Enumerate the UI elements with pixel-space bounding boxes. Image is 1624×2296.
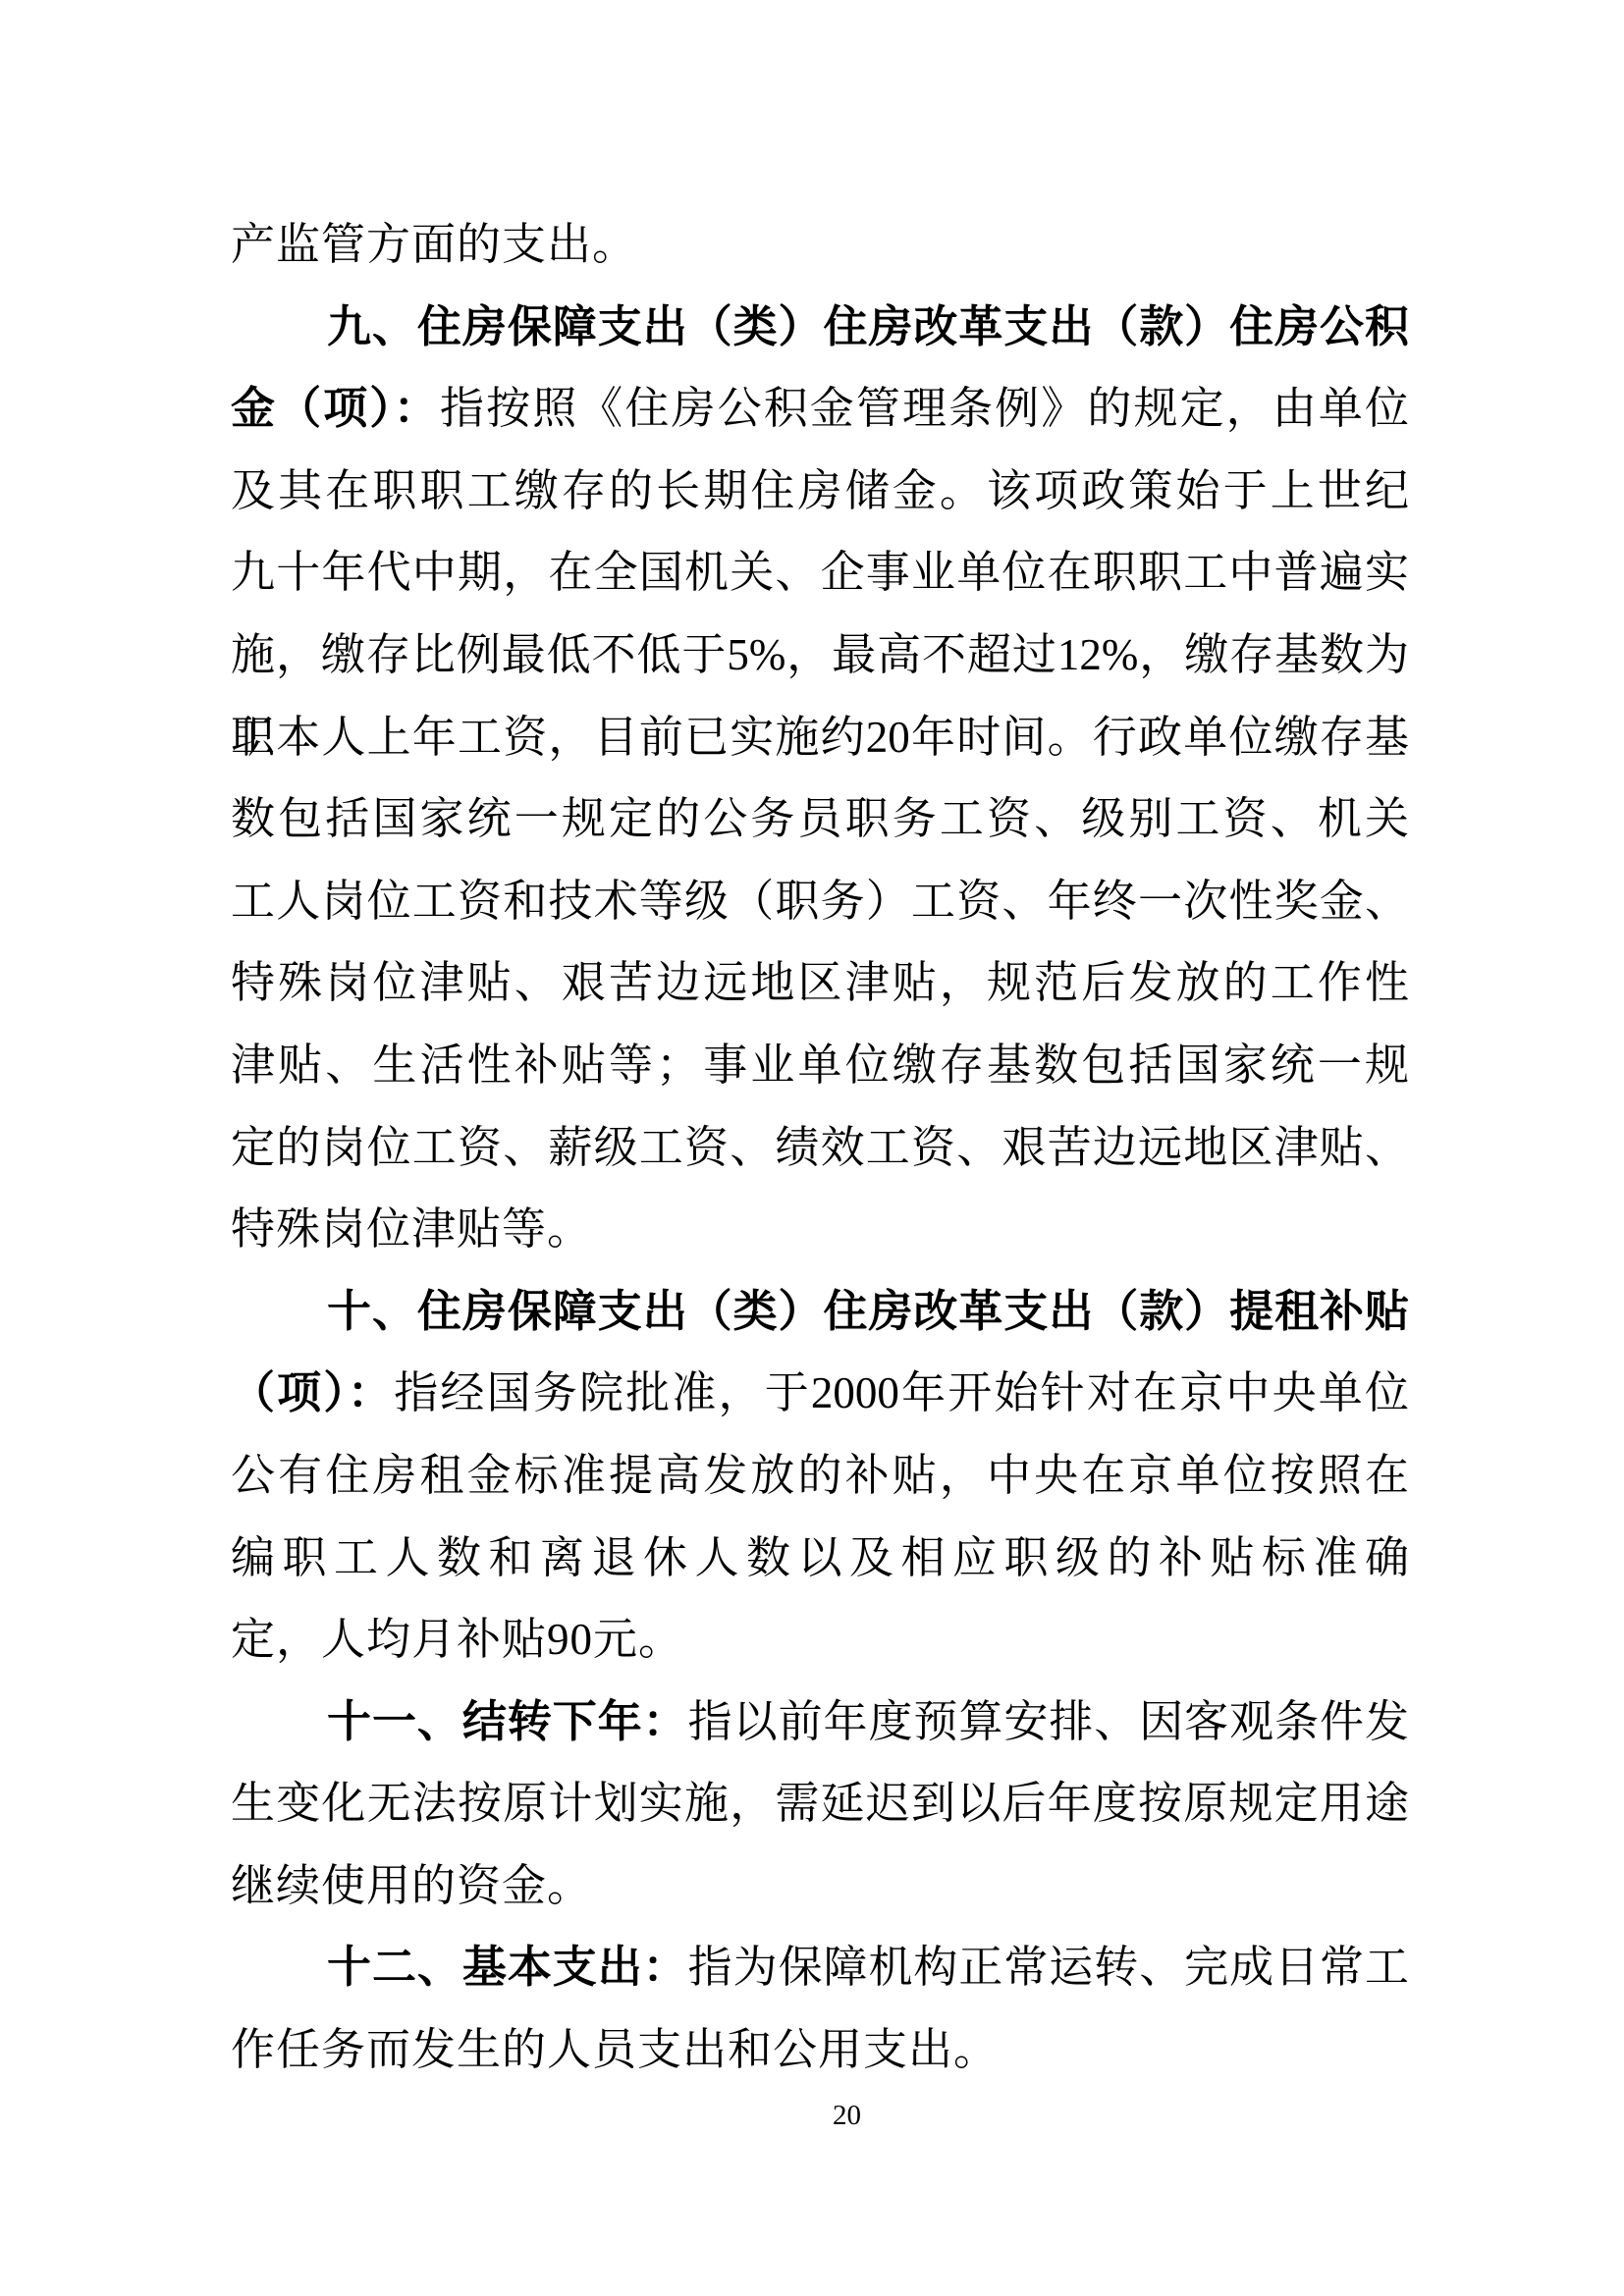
text-line: 特殊岗位津贴、艰苦边远地区津贴，规范后发放的工作性 xyxy=(231,942,1409,1025)
text-line: 施，缴存比例最低不低于5%，最高不超过12%，缴存基数为职 xyxy=(231,614,1409,697)
text-line: 金（项）：指按照《住房公积金管理条例》的规定，由单位 xyxy=(231,368,1409,451)
heading-run: 十二、基本支出： xyxy=(327,1943,688,1992)
body-run: 指按照《住房公积金管理条例》的规定，由单位 xyxy=(440,384,1409,433)
body-run: 指经国务院批准，于2000年开始针对在京中央单位 xyxy=(394,1368,1409,1417)
text-line: 产监管方面的支出。 xyxy=(231,204,1409,287)
body-run: 公有住房租金标准提高发放的补贴，中央在京单位按照在 xyxy=(231,1451,1409,1500)
body-run: 作任务而发生的人员支出和公用支出。 xyxy=(231,2025,999,2074)
text-line: 作任务而发生的人员支出和公用支出。 xyxy=(231,2009,1409,2092)
text-line: 特殊岗位津贴等。 xyxy=(231,1189,1409,1271)
text-line: 生变化无法按原计划实施，需延迟到以后年度按原规定用途 xyxy=(231,1763,1409,1845)
text-line: 及其在职职工缴存的长期住房储金。该项政策始于上世纪 xyxy=(231,451,1409,533)
text-line: 工本人上年工资，目前已实施约20年时间。行政单位缴存基 xyxy=(231,697,1409,779)
body-run: 定，人均月补贴90元。 xyxy=(231,1615,683,1664)
section-heading: 十一、结转下年：指以前年度预算安排、因客观条件发 xyxy=(231,1682,1409,1764)
body-run: 数包括国家统一规定的公务员职务工资、级别工资、机关 xyxy=(231,794,1409,843)
body-run: 工人岗位工资和技术等级（职务）工资、年终一次性奖金、 xyxy=(231,877,1409,926)
body-run: 特殊岗位津贴、艰苦边远地区津贴，规范后发放的工作性 xyxy=(231,958,1409,1007)
page-number: 20 xyxy=(833,2099,861,2132)
body-run: 及其在职职工缴存的长期住房储金。该项政策始于上世纪 xyxy=(231,466,1409,515)
text-line: 公有住房租金标准提高发放的补贴，中央在京单位按照在 xyxy=(231,1435,1409,1518)
text-line: 工人岗位工资和技术等级（职务）工资、年终一次性奖金、 xyxy=(231,861,1409,943)
body-run: 生变化无法按原计划实施，需延迟到以后年度按原规定用途 xyxy=(231,1779,1409,1828)
text-line: 津贴、生活性补贴等；事业单位缴存基数包括国家统一规 xyxy=(231,1025,1409,1107)
body-run: 产监管方面的支出。 xyxy=(231,220,637,269)
body-run: 编职工人数和离退休人数以及相应职级的补贴标准确 xyxy=(231,1533,1409,1582)
heading-run: 金（项）： xyxy=(231,384,440,433)
heading-run: 十、住房保障支出（类）住房改革支出（款）提租补贴 xyxy=(327,1287,1409,1336)
text-line: 定的岗位工资、薪级工资、绩效工资、艰苦边远地区津贴、 xyxy=(231,1107,1409,1190)
text-line: 定，人均月补贴90元。 xyxy=(231,1599,1409,1682)
heading-run: （项）： xyxy=(231,1368,394,1417)
body-run: 特殊岗位津贴等。 xyxy=(231,1204,592,1254)
section-heading: 十、住房保障支出（类）住房改革支出（款）提租补贴 xyxy=(231,1271,1409,1354)
heading-run: 九、住房保障支出（类）住房改革支出（款）住房公积 xyxy=(327,302,1409,351)
text-column: 产监管方面的支出。 九、住房保障支出（类）住房改革支出（款）住房公积 金（项）：… xyxy=(231,204,1409,2092)
section-heading: 十二、基本支出：指为保障机构正常运转、完成日常工 xyxy=(231,1927,1409,2009)
document-page: 产监管方面的支出。 九、住房保障支出（类）住房改革支出（款）住房公积 金（项）：… xyxy=(0,0,1624,2296)
body-run: 定的岗位工资、薪级工资、绩效工资、艰苦边远地区津贴、 xyxy=(231,1123,1409,1172)
body-run: 指以前年度预算安排、因客观条件发 xyxy=(688,1697,1409,1746)
text-line: 九十年代中期，在全国机关、企事业单位在职职工中普遍实 xyxy=(231,532,1409,614)
text-line: 编职工人数和离退休人数以及相应职级的补贴标准确 xyxy=(231,1518,1409,1600)
heading-run: 十一、结转下年： xyxy=(327,1697,688,1746)
body-run: 九十年代中期，在全国机关、企事业单位在职职工中普遍实 xyxy=(231,548,1409,597)
section-heading: 九、住房保障支出（类）住房改革支出（款）住房公积 xyxy=(231,287,1409,369)
body-run: 继续使用的资金。 xyxy=(231,1861,592,1910)
text-line: （项）：指经国务院批准，于2000年开始针对在京中央单位 xyxy=(231,1353,1409,1435)
text-line: 数包括国家统一规定的公务员职务工资、级别工资、机关 xyxy=(231,778,1409,861)
body-run: 津贴、生活性补贴等；事业单位缴存基数包括国家统一规 xyxy=(231,1041,1409,1090)
body-run: 工本人上年工资，目前已实施约20年时间。行政单位缴存基 xyxy=(231,713,1409,762)
text-line: 继续使用的资金。 xyxy=(231,1845,1409,1928)
body-run: 指为保障机构正常运转、完成日常工 xyxy=(688,1943,1409,1992)
